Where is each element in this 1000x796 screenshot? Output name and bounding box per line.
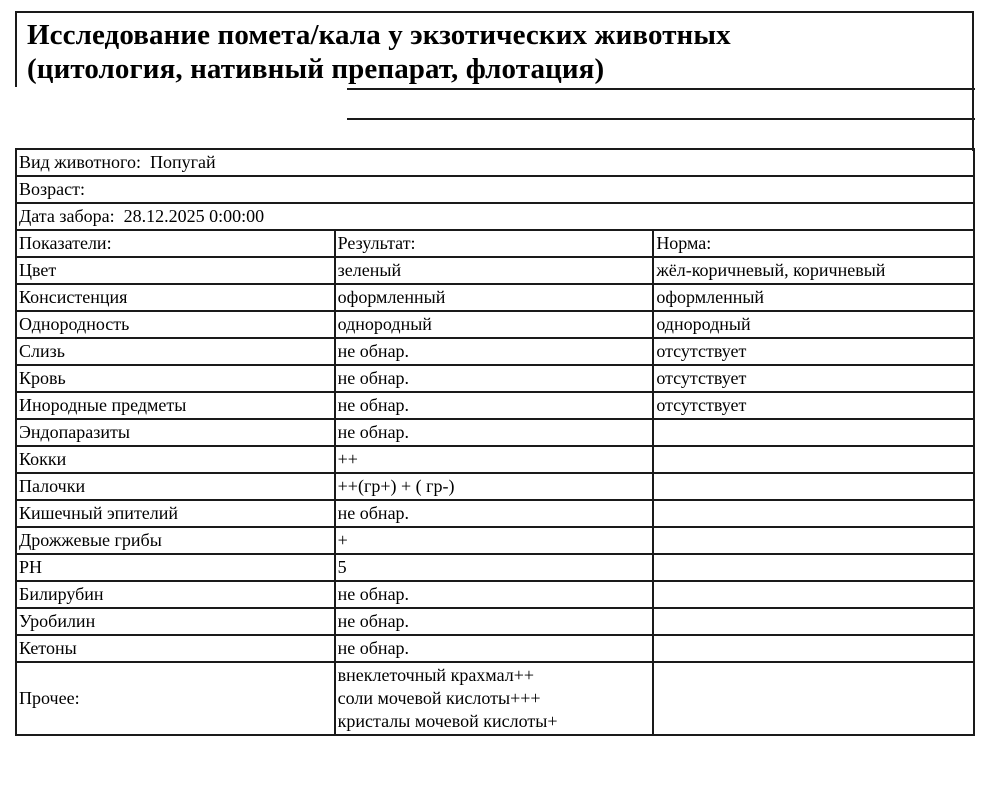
table-row: Кокки++: [16, 446, 974, 473]
result-cell: однородный: [335, 311, 654, 338]
norm-cell: [653, 500, 974, 527]
indicator-cell: Однородность: [16, 311, 335, 338]
result-cell: не обнар.: [335, 338, 654, 365]
result-cell: оформленный: [335, 284, 654, 311]
norm-cell: [653, 581, 974, 608]
norm-cell: [653, 473, 974, 500]
norm-cell: отсутствует: [653, 365, 974, 392]
header-indicator: Показатели:: [16, 230, 335, 257]
result-cell: зеленый: [335, 257, 654, 284]
info-row-date: Дата забора: 28.12.2025 0:00:00: [16, 203, 974, 230]
table-row: Однородностьоднородныйоднородный: [16, 311, 974, 338]
age-label: Возраст:: [19, 179, 85, 199]
norm-cell: оформленный: [653, 284, 974, 311]
result-cell: не обнар.: [335, 608, 654, 635]
indicator-cell: Эндопаразиты: [16, 419, 335, 446]
header-norm: Норма:: [653, 230, 974, 257]
signature-line-2: [347, 118, 975, 120]
date-cell: Дата забора: 28.12.2025 0:00:00: [16, 203, 974, 230]
result-cell: +: [335, 527, 654, 554]
result-cell: не обнар.: [335, 392, 654, 419]
indicator-cell: Цвет: [16, 257, 335, 284]
indicator-cell: Кровь: [16, 365, 335, 392]
table-row: Инородные предметыне обнар.отсутствует: [16, 392, 974, 419]
norm-cell: [653, 662, 974, 735]
norm-cell: жёл-коричневый, коричневый: [653, 257, 974, 284]
table-row: Цветзеленыйжёл-коричневый, коричневый: [16, 257, 974, 284]
table-row: Дрожжевые грибы+: [16, 527, 974, 554]
date-value: 28.12.2025 0:00:00: [124, 206, 265, 226]
indicator-cell: Уробилин: [16, 608, 335, 635]
result-cell: ++(гр+) + ( гр-): [335, 473, 654, 500]
norm-cell: [653, 446, 974, 473]
norm-cell: [653, 635, 974, 662]
title-border-gap: [15, 87, 19, 149]
result-cell: не обнар.: [335, 500, 654, 527]
animal-label: Вид животного:: [19, 152, 141, 172]
table-row: Слизьне обнар.отсутствует: [16, 338, 974, 365]
animal-value: Попугай: [150, 152, 216, 172]
indicator-cell: Кишечный эпителий: [16, 500, 335, 527]
table-row: Билирубинне обнар.: [16, 581, 974, 608]
result-cell: 5: [335, 554, 654, 581]
header-result: Результат:: [335, 230, 654, 257]
animal-cell: Вид животного: Попугай: [16, 149, 974, 176]
table-row: Прочее:внеклеточный крахмал++ соли мочев…: [16, 662, 974, 735]
norm-cell: отсутствует: [653, 338, 974, 365]
age-cell: Возраст:: [16, 176, 974, 203]
norm-cell: однородный: [653, 311, 974, 338]
norm-cell: [653, 419, 974, 446]
result-cell: не обнар.: [335, 635, 654, 662]
table-row: PH5: [16, 554, 974, 581]
info-row-animal: Вид животного: Попугай: [16, 149, 974, 176]
indicator-cell: Дрожжевые грибы: [16, 527, 335, 554]
result-cell: ++: [335, 446, 654, 473]
table-header-row: Показатели: Результат: Норма:: [16, 230, 974, 257]
norm-cell: отсутствует: [653, 392, 974, 419]
norm-cell: [653, 527, 974, 554]
norm-cell: [653, 554, 974, 581]
indicator-cell: Консистенция: [16, 284, 335, 311]
table-row: Кровьне обнар.отсутствует: [16, 365, 974, 392]
report-table: Вид животного: Попугай Возраст: Дата заб…: [15, 148, 975, 736]
table-row: Консистенцияоформленныйоформленный: [16, 284, 974, 311]
right-border-line: [972, 11, 974, 151]
table-row: Уробилинне обнар.: [16, 608, 974, 635]
indicator-cell: Прочее:: [16, 662, 335, 735]
document-title: Исследование помета/кала у экзотических …: [27, 18, 731, 86]
info-row-age: Возраст:: [16, 176, 974, 203]
norm-cell: [653, 608, 974, 635]
indicator-cell: Инородные предметы: [16, 392, 335, 419]
result-cell: внеклеточный крахмал++ соли мочевой кисл…: [335, 662, 654, 735]
title-box: Исследование помета/кала у экзотических …: [15, 11, 974, 89]
indicator-cell: Кокки: [16, 446, 335, 473]
table-row: Эндопаразитыне обнар.: [16, 419, 974, 446]
indicator-cell: Кетоны: [16, 635, 335, 662]
table-row: Кишечный эпителийне обнар.: [16, 500, 974, 527]
table-row: Палочки++(гр+) + ( гр-): [16, 473, 974, 500]
indicator-cell: PH: [16, 554, 335, 581]
indicator-cell: Билирубин: [16, 581, 335, 608]
result-cell: не обнар.: [335, 419, 654, 446]
date-label: Дата забора:: [19, 206, 115, 226]
result-cell: не обнар.: [335, 581, 654, 608]
indicator-cell: Слизь: [16, 338, 335, 365]
table-row: Кетоныне обнар.: [16, 635, 974, 662]
result-cell: не обнар.: [335, 365, 654, 392]
signature-line-1: [347, 88, 975, 90]
indicator-cell: Палочки: [16, 473, 335, 500]
